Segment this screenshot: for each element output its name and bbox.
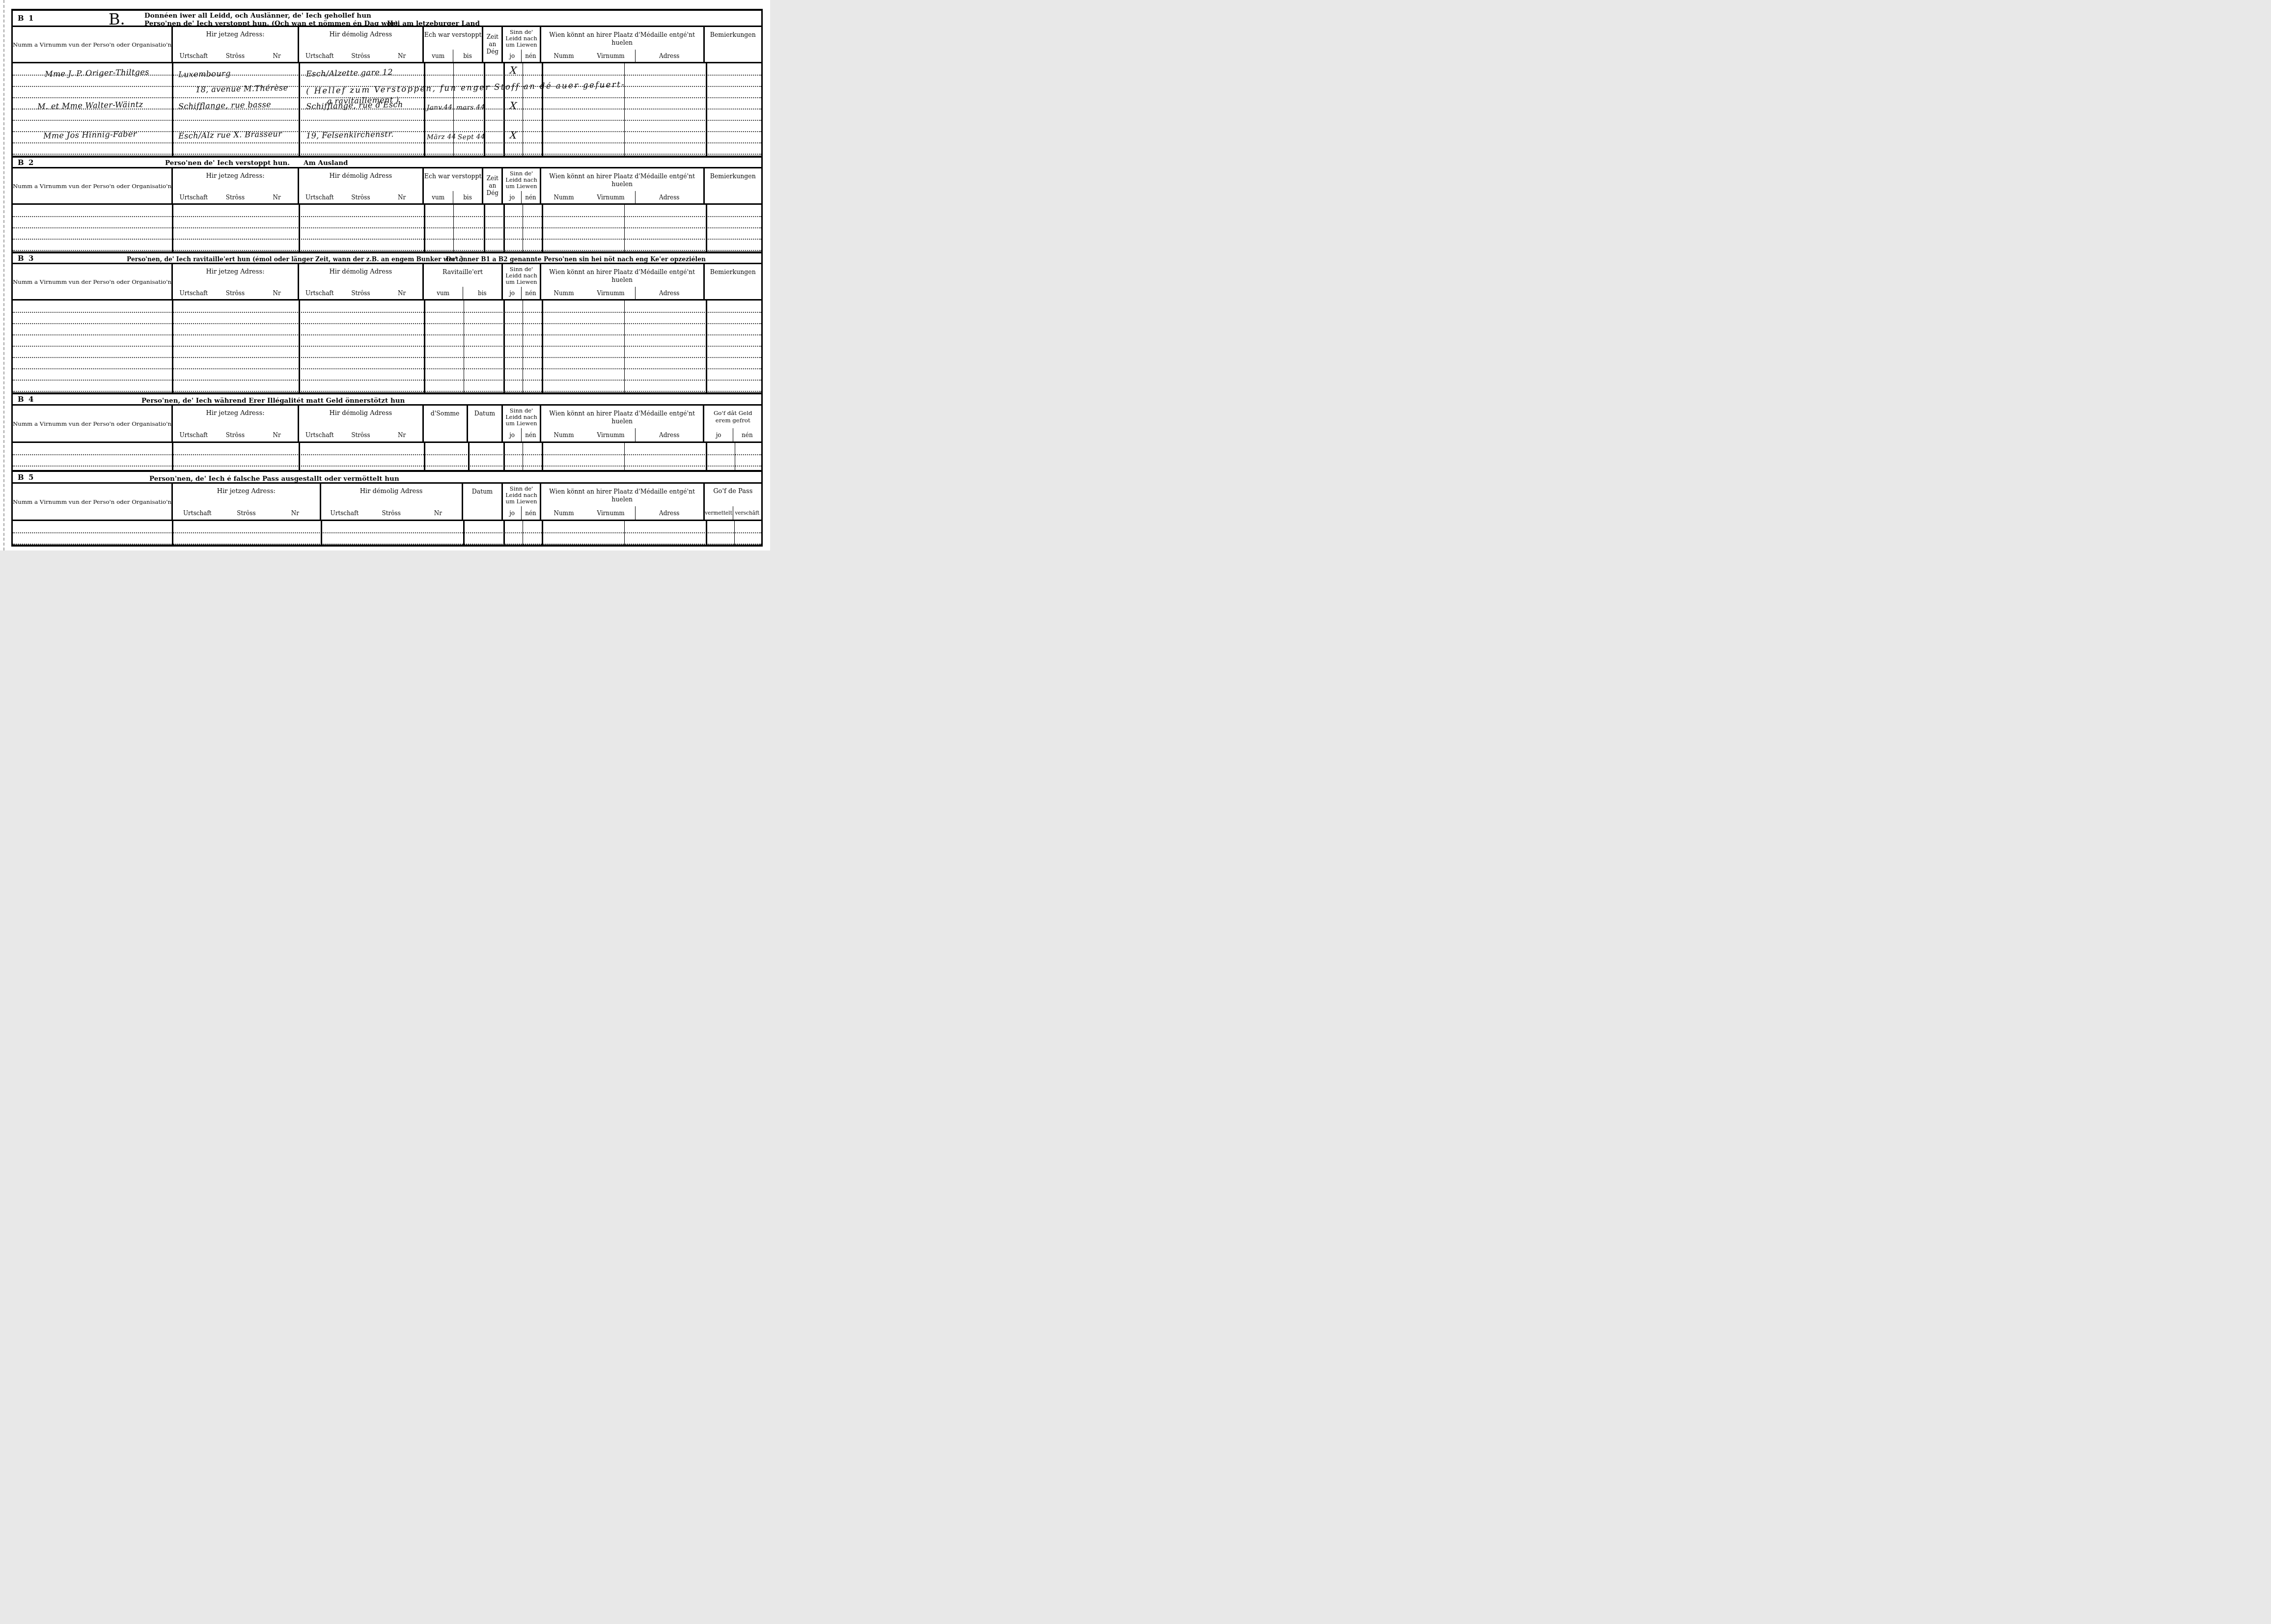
b3-col-bemierkungen: Bemierkungen [703,264,762,299]
b5-col-demolig: Hir démolig Adress Urtschaft Strôss Nr [320,484,462,520]
sub-column-divider [453,63,454,156]
sub-label-virnumm: Virnumm [586,506,635,520]
sub-label-bis: bis [453,50,482,62]
sub-label-nr: Nr [415,506,461,520]
b4-col-somme: d'Somme [422,406,467,441]
sub-label-numm: Numm [541,506,586,520]
col-label-gof-geld: Go'f dât Geld erem gefrot [704,410,761,424]
b1-title-right: Hei am letzeburger Land [387,20,480,28]
dotted-guide-line [13,120,761,121]
dotted-guide-line [13,131,761,132]
column-divider [484,205,485,251]
b1-col-name: Numm a Virnumm vun der Perso'n oder Orga… [13,27,171,62]
sub-column-divider [464,301,464,392]
b3-header-row: Numm a Virnumm vun der Perso'n oder Orga… [13,264,761,301]
b4-col-datum: Datum [467,406,502,441]
sub-label-jo: jo [503,428,521,441]
column-divider [542,521,543,545]
sub-label-nr: Nr [381,428,422,441]
sub-label-stross: Strôss [368,506,415,520]
sub-column-divider [624,205,625,251]
dotted-guide-line [13,142,761,143]
dotted-guide-line [13,391,761,392]
b4-col-demolig: Hir démolig Adress Urtschaft Strôss Nr [298,406,422,441]
dotted-guide-line [13,323,761,324]
sub-column-divider [734,521,735,545]
col-label-verstoppt: Ech war verstoppt [424,31,482,38]
handwritten-bis: Sept 44 [458,133,485,141]
section-code-b2: B 2 [18,158,34,167]
col-label-bemierkungen: Bemierkungen [705,172,762,180]
b5-data-area [13,521,761,547]
b1-col-bemierkungen: Bemierkungen [703,27,762,62]
dotted-guide-line [13,532,761,533]
b1-col-jetzeg: Hir jetzeg Adress: Urtschaft Strôss Nr [171,27,298,62]
sub-label-urtschaft: Urtschaft [173,50,215,62]
sub-label-stross: Strôss [340,50,382,62]
dotted-guide-line [13,334,761,335]
sub-label-bis: bis [453,191,482,203]
scanned-form-page: B 1 B. Donnéen iwer all Leidd, och Auslä… [0,0,770,551]
b3-title: Perso'nen, de' Iech ravitaille'ert hun (… [127,255,464,263]
b4-col-gof-geld: Go'f dât Geld erem gefrot jo nén [703,406,761,441]
sub-label-stross: Strôss [215,50,256,62]
b3-col-jetzeg: Hir jetzeg Adress: Urtschaft Strôss Nr [171,264,298,299]
column-divider [172,443,173,470]
sub-label-adress: Adress [635,506,703,520]
sub-label-nr: Nr [256,191,298,203]
sub-label-urtschaft: Urtschaft [299,428,340,441]
sub-column-divider [735,443,735,470]
b4-col-wien: Wien könnt an hirer Plaatz d'Médaille en… [540,406,703,441]
sub-column-divider [624,521,625,545]
dotted-guide-line [13,154,761,155]
section-code-b5: B 5 [18,473,34,482]
dotted-guide-line [13,250,761,251]
sub-column-divider [523,301,523,392]
b4-data-area [13,443,761,470]
col-label-demolig: Hir démolig Adress [299,31,422,38]
sub-label-urtschaft: Urtschaft [173,191,215,203]
b2-col-verstoppt: Ech war verstoppt vum bis [422,168,482,203]
sub-label-vum: vum [424,287,463,299]
column-divider [424,443,425,470]
sub-label-adress: Adress [635,191,703,203]
section-b5-title-band: B 5 Person'nen, de' Iech é falsche Pass … [13,470,761,484]
sub-label-stross: Strôss [222,506,271,520]
col-label-wien: Wien könnt an hirer Plaatz d'Médaille en… [541,31,703,46]
scan-edge-line [3,0,4,551]
col-label-datum: Datum [468,410,502,417]
sub-label-numm: Numm [541,191,586,203]
column-divider [503,521,505,545]
section-b3-title-band: B 3 Perso'nen, de' Iech ravitaille'ert h… [13,251,761,264]
dotted-guide-line [13,454,761,455]
b4-header-row: Numm a Virnumm vun der Perso'n oder Orga… [13,406,761,443]
sub-column-divider [624,63,625,156]
sub-label-bis: bis [463,287,502,299]
handwritten-note: ( Hellef zum Verstoppen, fun enger Stoff… [306,80,625,96]
column-divider [424,301,425,392]
b3-col-ravitailleert: Ravitaille'ert vum bis [422,264,501,299]
dotted-guide-line [13,544,761,545]
dotted-guide-line [13,227,761,228]
dotted-guide-line [13,216,761,217]
sub-label-verschaft: verschâft [733,506,761,520]
sub-label-adress: Adress [635,50,703,62]
column-divider [706,301,707,392]
sub-column-divider [523,63,523,156]
sub-label-urtschaft: Urtschaft [299,50,340,62]
b5-col-jetzeg: Hir jetzeg Adress: Urtschaft Strôss Nr [171,484,320,520]
handwritten-name: Mme J. P. Origer-Thiltges [45,67,149,79]
b5-col-gof-pass: Go'f de Pass vermettelt verschâft [703,484,762,520]
col-label-name: Numm a Virnumm vun der Perso'n oder Orga… [13,498,171,505]
col-label-sinn: Sinn de' Leidd nach um Liewen [503,170,540,190]
column-divider [706,205,707,251]
sub-column-divider [523,521,523,545]
b2-col-wien: Wien könnt an hirer Plaatz d'Médaille en… [540,168,703,203]
column-divider [172,63,173,156]
sub-label-virnumm: Virnumm [586,50,635,62]
col-label-name: Numm a Virnumm vun der Perso'n oder Orga… [13,420,171,427]
section-b1-title-band: B 1 B. Donnéen iwer all Leidd, och Auslä… [13,9,761,27]
column-divider [542,205,543,251]
col-label-jetzeg: Hir jetzeg Adress: [173,410,298,417]
col-label-datum: Datum [463,488,502,495]
b4-col-name: Numm a Virnumm vun der Perso'n oder Orga… [13,406,171,441]
dotted-guide-line [13,97,761,98]
sub-label-adress: Adress [635,428,703,441]
sub-label-nen: nén [521,287,540,299]
sub-label-vum: vum [424,191,453,203]
col-label-name: Numm a Virnumm vun der Perso'n oder Orga… [13,41,171,48]
sub-label-virnumm: Virnumm [586,287,635,299]
sub-label-stross: Strôss [340,428,382,441]
b1-data-area: Mme J. P. Origer-Thiltges Luxembourg 18,… [13,63,761,156]
b1-col-wien: Wien könnt an hirer Plaatz d'Médaille en… [540,27,703,62]
column-divider [542,443,543,470]
sub-label-stross: Strôss [215,287,256,299]
column-divider [321,521,322,545]
sub-label-urtschaft: Urtschaft [299,191,340,203]
col-label-wien: Wien könnt an hirer Plaatz d'Médaille en… [541,268,703,283]
sub-label-jo: jo [704,428,732,441]
sub-label-nen: nén [521,50,540,62]
column-divider [424,205,425,251]
column-divider [706,443,707,470]
sub-column-divider [624,443,625,470]
sub-label-adress: Adress [635,287,703,299]
b1-col-zeit: Zeit an Dég [482,27,501,62]
b3-col-demolig: Hir démolig Adress Urtschaft Strôss Nr [298,264,422,299]
col-label-jetzeg: Hir jetzeg Adress: [173,268,298,275]
sub-label-nr: Nr [256,287,298,299]
col-label-jetzeg: Hir jetzeg Adress: [173,172,298,180]
sub-label-vum: vum [424,50,453,62]
sub-label-urtschaft: Urtschaft [173,287,215,299]
sub-label-numm: Numm [541,287,586,299]
sub-label-nen: nén [521,191,540,203]
jo-check-mark: X [509,100,517,112]
b3-col-sinn: Sinn de' Leidd nach um Liewen jo nén [501,264,540,299]
sub-label-jo: jo [503,287,521,299]
sub-label-nen: nén [521,428,540,441]
sub-label-urtschaft: Urtschaft [173,428,215,441]
b1-col-verstoppt: Ech war verstoppt vum bis [422,27,482,62]
b3-col-name: Numm a Virnumm vun der Perso'n oder Orga… [13,264,171,299]
column-divider [172,521,173,545]
col-label-verstoppt: Ech war verstoppt [424,172,482,180]
b2-title-right: Am Ausland [304,159,348,167]
column-divider [299,63,300,156]
section-code-b1: B 1 [18,14,34,23]
col-label-jetzeg: Hir jetzeg Adress: [173,488,320,495]
dotted-guide-line [13,380,761,381]
column-divider [463,521,465,545]
sub-label-jo: jo [503,50,521,62]
b1-title-line2: Perso'nen de' Iech verstoppt hun. (Och w… [144,20,398,28]
sub-label-urtschaft: Urtschaft [321,506,368,520]
handwritten-bis: mars 44 [456,103,485,111]
section-letter-b: B. [109,10,125,28]
dotted-guide-line [13,368,761,369]
b2-col-demolig: Hir démolig Adress Urtschaft Strôss Nr [298,168,422,203]
column-divider [299,205,300,251]
b2-col-sinn: Sinn de' Leidd nach um Liewen jo nén [501,168,540,203]
section-code-b4: B 4 [18,395,34,404]
b2-col-bemierkungen: Bemierkungen [703,168,762,203]
handwritten-jetzeg: 18, avenue M.Thérèse [195,83,288,94]
b2-data-area [13,205,761,251]
column-divider [172,301,173,392]
col-label-ravitailleert: Ravitaille'ert [424,268,501,275]
sub-label-numm: Numm [541,428,586,441]
col-label-bemierkungen: Bemierkungen [705,268,762,275]
col-label-somme: d'Somme [424,410,467,417]
dotted-guide-line [13,75,761,76]
column-divider [424,63,425,156]
b4-title: Perso'nen, de' Iech während Erer Illégal… [141,397,405,405]
sub-label-jo: jo [503,191,521,203]
col-label-name: Numm a Virnumm vun der Perso'n oder Orga… [13,278,171,285]
b5-col-name: Numm a Virnumm vun der Perso'n oder Orga… [13,484,171,520]
b4-col-sinn: Sinn de' Leidd nach um Liewen jo nén [501,406,540,441]
section-code-b3: B 3 [18,254,34,263]
sub-label-urtschaft: Urtschaft [173,506,222,520]
sub-label-nr: Nr [381,191,422,203]
b2-col-name: Numm a Virnumm vun der Perso'n oder Orga… [13,168,171,203]
column-divider [503,443,505,470]
col-label-jetzeg: Hir jetzeg Adress: [173,31,298,38]
sub-label-stross: Strôss [340,191,382,203]
col-label-demolig: Hir démolig Adress [299,172,422,180]
b5-title: Person'nen, de' Iech é falsche Pass ausg… [149,475,399,483]
col-label-sinn: Sinn de' Leidd nach um Liewen [503,408,540,427]
col-label-gof-pass: Go'f de Pass [705,488,762,495]
handwritten-demolig: Esch/Alzette gare 12 [306,67,393,79]
b3-data-area [13,301,761,392]
b2-col-zeit: Zeit an Dég [482,168,501,203]
handwritten-jetzeg: Luxembourg [178,69,231,79]
col-label-bemierkungen: Bemierkungen [705,31,762,38]
section-b4-title-band: B 4 Perso'nen, de' Iech während Erer Ill… [13,392,761,406]
sub-label-stross: Strôss [215,191,256,203]
column-divider [172,205,173,251]
b5-col-datum: Datum [462,484,502,520]
sub-label-stross: Strôss [340,287,382,299]
col-label-demolig: Hir démolig Adress [299,410,422,417]
sub-label-virnumm: Virnumm [586,428,635,441]
handwritten-vum: Janv.44 [427,103,453,111]
column-divider [468,443,470,470]
column-divider [503,301,505,392]
sub-label-nr: Nr [381,50,422,62]
b1-col-demolig: Hir démolig Adress Urtschaft Strôss Nr [298,27,422,62]
sub-label-urtschaft: Urtschaft [299,287,340,299]
column-divider [706,63,707,156]
sub-label-numm: Numm [541,50,586,62]
sub-column-divider [624,301,625,392]
b2-title: Perso'nen de' Iech verstoppt hun. [165,159,290,167]
b2-col-jetzeg: Hir jetzeg Adress: Urtschaft Strôss Nr [171,168,298,203]
b1-header-row: Numm a Virnumm vun der Perso'n oder Orga… [13,27,761,63]
b4-col-jetzeg: Hir jetzeg Adress: Urtschaft Strôss Nr [171,406,298,441]
b2-header-row: Numm a Virnumm vun der Perso'n oder Orga… [13,168,761,205]
dotted-guide-line [13,239,761,240]
sub-label-nen: nén [521,506,540,520]
col-label-demolig: Hir démolig Adress [299,268,422,275]
col-label-name: Numm a Virnumm vun der Perso'n oder Orga… [13,183,171,190]
dotted-guide-line [13,466,761,467]
col-label-sinn: Sinn de' Leidd nach um Liewen [503,29,540,49]
b1-col-sinn: Sinn de' Leidd nach um Liewen jo nén [501,27,540,62]
dotted-guide-line [13,346,761,347]
sub-column-divider [523,205,523,251]
column-divider [542,301,543,392]
col-label-wien: Wien könnt an hirer Plaatz d'Médaille en… [541,410,703,425]
sub-column-divider [453,205,454,251]
col-label-zeit: Zeit an Dég [483,175,501,197]
column-divider [503,205,505,251]
sub-label-nr: Nr [271,506,320,520]
sub-label-nr: Nr [256,428,298,441]
section-b2-title-band: B 2 Perso'nen de' Iech verstoppt hun. Am… [13,156,761,168]
handwritten-vum: März 44 [427,133,456,141]
dotted-guide-line [13,357,761,358]
sub-column-divider [523,443,523,470]
column-divider [706,521,707,545]
sub-label-nr: Nr [381,287,422,299]
col-label-zeit: Zeit an Dég [483,33,501,55]
sub-label-stross: Strôss [215,428,256,441]
col-label-sinn: Sinn de' Leidd nach um Liewen [503,266,540,286]
dotted-guide-line [13,109,761,110]
b3-col-wien: Wien könnt an hirer Plaatz d'Médaille en… [540,264,703,299]
column-divider [299,301,300,392]
sub-label-nr: Nr [256,50,298,62]
col-label-wien: Wien könnt an hirer Plaatz d'Médaille en… [541,488,703,503]
column-divider [299,443,300,470]
b5-col-sinn: Sinn de' Leidd nach um Liewen jo nén [501,484,540,520]
col-label-sinn: Sinn de' Leidd nach um Liewen [503,486,540,505]
sub-label-vermettelt: vermettelt [705,506,733,520]
b1-title-line1: Donnéen iwer all Leidd, och Auslänner, d… [144,12,371,20]
b5-col-wien: Wien könnt an hirer Plaatz d'Médaille en… [540,484,703,520]
form-b-sections: B 1 B. Donnéen iwer all Leidd, och Auslä… [11,9,763,547]
sub-label-jo: jo [503,506,521,520]
b3-title2: De' önner B1 a B2 genannte Perso'nen sin… [446,255,706,263]
sub-label-nen: nén [733,428,761,441]
sub-label-virnumm: Virnumm [586,191,635,203]
col-label-demolig: Hir démolig Adress [321,488,462,495]
column-divider [484,63,485,156]
column-divider [542,63,543,156]
dotted-guide-line [13,312,761,313]
column-divider [503,63,505,156]
col-label-wien: Wien könnt an hirer Plaatz d'Médaille en… [541,172,703,188]
b5-header-row: Numm a Virnumm vun der Perso'n oder Orga… [13,484,761,521]
